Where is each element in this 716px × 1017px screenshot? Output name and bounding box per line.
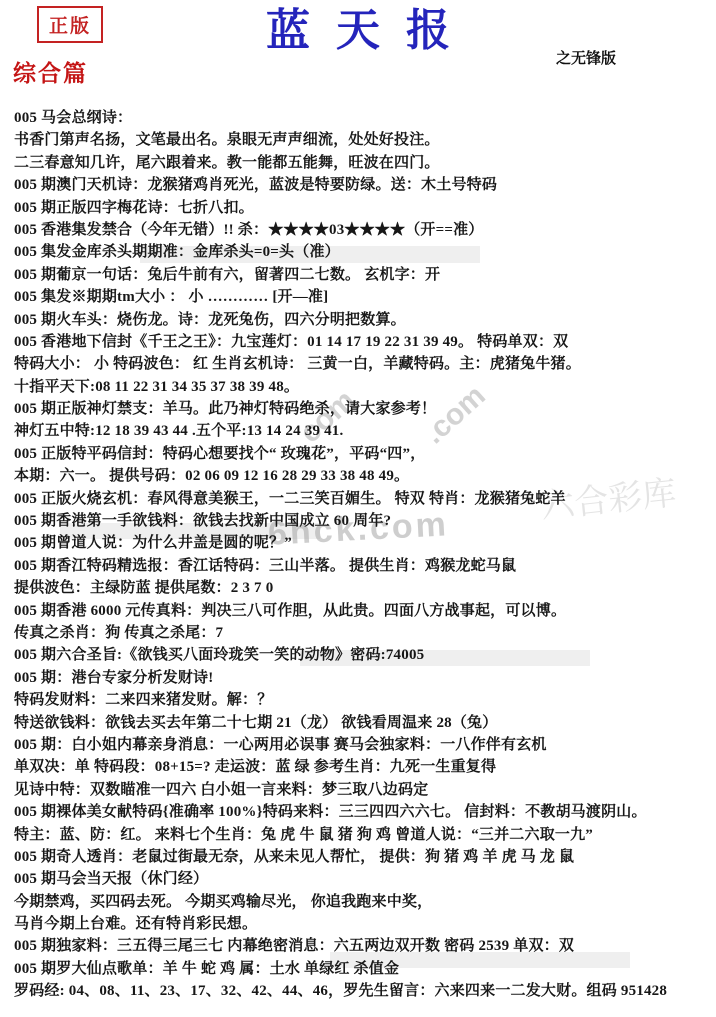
text-line: 005 期独家料：三五得三尾三七 内幕绝密消息：六五两边双开数 密码 2539 … [14,935,714,957]
text-line: 今期禁鸡，买四码去死。 今期买鸡输尽光， 你追我跑来中奖， [14,891,714,913]
text-line: 005 期六合圣旨:《欲钱买八面玲珑笑一笑的动物》密码:74005 [14,644,714,666]
text-line: 特送欲钱料：欲钱去买去年第二十七期 21（龙） 欲钱看周温来 28（兔） [14,712,714,734]
text-line: 005 期：港台专家分析发财诗! [14,667,714,689]
text-line: 提供波色：主绿防蓝 提供尾数：2 3 7 0 [14,577,714,599]
text-line: 005 期葡京一句话：兔后牛前有六，留著四二七数。 玄机字：开 [14,264,714,286]
text-line: 单双决：单 特码段：08+15=? 走运波：蓝 绿 参考生肖：九死一生重复得 [14,756,714,778]
text-line: 005 期香港 6000 元传真料：判决三八可作胆，从此贵。四面八方战事起，可以… [14,600,714,622]
text-line: 005 期曾道人说：为什么井盖是圆的呢？” [14,532,714,554]
text-line: 005 期罗大仙点歌单：羊 牛 蛇 鸡 属：土水 单绿红 杀值金 [14,958,714,980]
text-line: 二三春意知几许，尾六跟着来。教一能都五能舞，旺波在四门。 [14,152,714,174]
text-line: 书香门第声名扬，文笔最出名。泉眼无声声细流，处处好投注。 [14,129,714,151]
text-line: 005 马会总纲诗： [14,107,714,129]
text-line: 005 集发金库杀头期期准：金库杀头=0=头（准） [14,241,714,263]
text-line: 005 香港地下信封《千王之王》：九宝莲灯：01 14 17 19 22 31 … [14,331,714,353]
text-line: 十指平天下:08 11 22 31 34 35 37 38 39 48。 [14,376,714,398]
edition-label: 之无锋版 [556,47,616,68]
text-line: 见诗中特：双数瞄准一四六 白小姐一言来料：梦三取八边码定 [14,779,714,801]
text-line: 005 正版特平码信封：特码心想要找个“ 玫瑰花”，平码“四”， [14,443,714,465]
text-line: 传真之杀肖：狗 传真之杀尾：7 [14,622,714,644]
text-line: 罗码经: 04、08、11、23、17、32、42、44、46，罗先生留言：六来… [14,980,714,1002]
text-line: 特主：蓝、防：红。 来料七个生肖：兔 虎 牛 鼠 猪 狗 鸡 曾道人说：“三并二… [14,824,714,846]
text-line: 005 期香江特码精选报：香江话特码：三山半落。 提供生肖：鸡猴龙蛇马鼠 [14,555,714,577]
text-line: 005 正版火烧玄机：春风得意美猴王，一二三笑百媚生。 特双 特肖：龙猴猪兔蛇羊 [14,488,714,510]
text-line: 本期：六一。 提供号码：02 06 09 12 16 28 29 33 38 4… [14,465,714,487]
text-line: 005 期澳门天机诗：龙猴猪鸡肖死光，蓝波是特要防绿。送：木土号特码 [14,174,714,196]
text-line: 005 期正版四字梅花诗：七折八扣。 [14,197,714,219]
text-line: 005 期正版神灯禁支：羊马。此乃神灯特码绝杀，请大家参考！ [14,398,714,420]
text-line: 005 期火车头：烧伤龙。诗：龙死兔伤，四六分明把数算。 [14,309,714,331]
text-line: 005 期：白小姐内幕亲身消息：一心两用必误事 赛马会独家料：一八作伴有玄机 [14,734,714,756]
text-line: 005 期香港第一手欲钱料：欲钱去找新中国成立 60 周年? [14,510,714,532]
section-title: 综合篇 [13,55,88,88]
text-line: 005 期马会当天报（休门经） [14,868,714,890]
text-line: 特码大小： 小 特码波色： 红 生肖玄机诗： 三黄一白，羊藏特码。主：虎猪兔牛猪… [14,353,714,375]
text-line: 005 香港集发禁合（今年无错）!! 杀：★★★★03★★★★（开==准） [14,219,714,241]
text-line: 特码发财料：二来四来猪发财。解：？ [14,689,714,711]
text-line: 005 期奇人透肖：老鼠过街最无奈，从来未见人帮忙， 提供：狗 猪 鸡 羊 虎 … [14,846,714,868]
text-line: 神灯五中特:12 18 39 43 44 .五个平:13 14 24 39 41… [14,420,714,442]
text-line: 005 集发※期期tm大小 ： 小 ………… [开—准] [14,286,714,308]
text-line: 马肖今期上台难。还有特肖彩民想。 [14,913,714,935]
newspaper-page: com .com 6hck.com 六合彩库 正版 蓝天报 之无锋版 综合篇 0… [0,0,716,1017]
content-lines: 005 马会总纲诗：书香门第声名扬，文笔最出名。泉眼无声声细流，处处好投注。二三… [14,107,714,1003]
text-line: 005 期裸体美女献特码{准确率 100%}特码来料：三三四四六六七。 信封料：… [14,801,714,823]
